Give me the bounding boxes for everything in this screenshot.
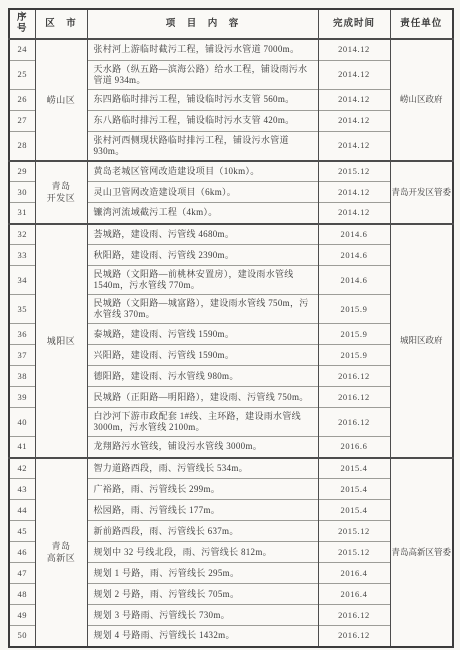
deadline-cell: 2015.9 bbox=[318, 324, 390, 345]
project-content-cell: 智力道路西段，雨、污管线长 534m。 bbox=[87, 458, 318, 479]
row-number-cell: 43 bbox=[9, 479, 35, 500]
row-number-cell: 25 bbox=[9, 60, 35, 89]
project-content-cell: 天水路（纵五路—滨海公路）给水工程，铺设雨污水管道 934m。 bbox=[87, 60, 318, 89]
row-number-cell: 48 bbox=[9, 584, 35, 605]
deadline-cell: 2014.6 bbox=[318, 245, 390, 266]
row-number-cell: 28 bbox=[9, 131, 35, 161]
project-content-cell: 民城路（正阳路—明阳路），建设雨、污管线 750m。 bbox=[87, 387, 318, 408]
deadline-cell: 2016.12 bbox=[318, 605, 390, 626]
project-schedule-table: 序号 区 市 项 目 内 容 完成时间 责任单位 24崂山区张村河上游临时截污工… bbox=[8, 8, 454, 648]
deadline-cell: 2016.6 bbox=[318, 437, 390, 458]
row-number-cell: 29 bbox=[9, 161, 35, 182]
deadline-cell: 2014.12 bbox=[318, 39, 390, 60]
table-header-row: 序号 区 市 项 目 内 容 完成时间 责任单位 bbox=[9, 9, 453, 39]
project-content-cell: 规划 2 号路，雨、污管线长 705m。 bbox=[87, 584, 318, 605]
header-serial-number: 序号 bbox=[9, 9, 35, 39]
deadline-cell: 2014.12 bbox=[318, 182, 390, 203]
table-row: 24崂山区张村河上游临时截污工程，铺设污水管道 7000m。2014.12崂山区… bbox=[9, 39, 453, 60]
row-number-cell: 47 bbox=[9, 563, 35, 584]
row-number-cell: 24 bbox=[9, 39, 35, 60]
project-content-cell: 秋阳路，建设雨、污管线 2390m。 bbox=[87, 245, 318, 266]
header-project-content: 项 目 内 容 bbox=[87, 9, 318, 39]
project-content-cell: 荟城路，建设雨、污管线 4680m。 bbox=[87, 224, 318, 245]
header-completion-time: 完成时间 bbox=[318, 9, 390, 39]
deadline-cell: 2015.4 bbox=[318, 458, 390, 479]
project-content-cell: 东四路临时排污工程，铺设临时污水支管 560m。 bbox=[87, 89, 318, 110]
row-number-cell: 27 bbox=[9, 110, 35, 131]
deadline-cell: 2014.12 bbox=[318, 60, 390, 89]
responsible-unit-cell: 青岛高新区管委 bbox=[390, 458, 453, 647]
project-content-cell: 德阳路，建设雨、污水管线 980m。 bbox=[87, 366, 318, 387]
deadline-cell: 2016.12 bbox=[318, 366, 390, 387]
project-content-cell: 民城路（文阳路—前桃林安置房），建设雨水管线 1540m，污水管线 770m。 bbox=[87, 266, 318, 295]
row-number-cell: 46 bbox=[9, 542, 35, 563]
project-content-cell: 规划 4 号路雨、污管线长 1432m。 bbox=[87, 626, 318, 647]
responsible-unit-cell: 青岛开发区管委 bbox=[390, 161, 453, 224]
project-content-cell: 龙翔路污水管线，铺设污水管线 3000m。 bbox=[87, 437, 318, 458]
row-number-cell: 49 bbox=[9, 605, 35, 626]
row-number-cell: 38 bbox=[9, 366, 35, 387]
deadline-cell: 2016.12 bbox=[318, 408, 390, 437]
row-number-cell: 41 bbox=[9, 437, 35, 458]
row-number-cell: 30 bbox=[9, 182, 35, 203]
deadline-cell: 2015.12 bbox=[318, 521, 390, 542]
project-content-cell: 民城路（文阳路—城富路），建设雨水管线 750m，污水管线 370m。 bbox=[87, 295, 318, 324]
deadline-cell: 2015.4 bbox=[318, 479, 390, 500]
deadline-cell: 2016.4 bbox=[318, 563, 390, 584]
row-number-cell: 36 bbox=[9, 324, 35, 345]
row-number-cell: 32 bbox=[9, 224, 35, 245]
table-row: 29青岛开发区黄岛老城区管网改造建设项目（10km）。2015.12青岛开发区管… bbox=[9, 161, 453, 182]
deadline-cell: 2015.9 bbox=[318, 345, 390, 366]
project-content-cell: 规划 3 号路雨、污管线长 730m。 bbox=[87, 605, 318, 626]
district-cell: 崂山区 bbox=[35, 39, 87, 161]
deadline-cell: 2016.12 bbox=[318, 387, 390, 408]
deadline-cell: 2016.4 bbox=[318, 584, 390, 605]
deadline-cell: 2014.6 bbox=[318, 266, 390, 295]
row-number-cell: 40 bbox=[9, 408, 35, 437]
row-number-cell: 45 bbox=[9, 521, 35, 542]
table-row: 32城阳区荟城路，建设雨、污管线 4680m。2014.6城阳区政府 bbox=[9, 224, 453, 245]
project-content-cell: 灵山卫管网改造建设项目（6km）。 bbox=[87, 182, 318, 203]
row-number-cell: 34 bbox=[9, 266, 35, 295]
deadline-cell: 2014.12 bbox=[318, 131, 390, 161]
project-content-cell: 规划中 32 号线北段，雨、污管线长 812m。 bbox=[87, 542, 318, 563]
project-content-cell: 白沙河下游市政配套 1#线、主环路，建设雨水管线 3000m，污水管线 2100… bbox=[87, 408, 318, 437]
responsible-unit-cell: 城阳区政府 bbox=[390, 224, 453, 458]
deadline-cell: 2015.4 bbox=[318, 500, 390, 521]
deadline-cell: 2014.12 bbox=[318, 203, 390, 224]
row-number-cell: 35 bbox=[9, 295, 35, 324]
district-cell: 城阳区 bbox=[35, 224, 87, 458]
row-number-cell: 39 bbox=[9, 387, 35, 408]
project-content-cell: 东八路临时排污工程，铺设临时污水支管 420m。 bbox=[87, 110, 318, 131]
project-content-cell: 张村河西侧现状路临时排污工程，铺设污水管道 930m。 bbox=[87, 131, 318, 161]
row-number-cell: 37 bbox=[9, 345, 35, 366]
table-row: 42青岛高新区智力道路西段，雨、污管线长 534m。2015.4青岛高新区管委 bbox=[9, 458, 453, 479]
deadline-cell: 2015.9 bbox=[318, 295, 390, 324]
deadline-cell: 2015.12 bbox=[318, 161, 390, 182]
scanned-document-page: { "table": { "headers": { "col_no_lines"… bbox=[0, 0, 460, 650]
project-content-cell: 兴阳路，建设雨、污管线 1590m。 bbox=[87, 345, 318, 366]
header-district: 区 市 bbox=[35, 9, 87, 39]
project-content-cell: 张村河上游临时截污工程，铺设污水管道 7000m。 bbox=[87, 39, 318, 60]
deadline-cell: 2014.12 bbox=[318, 110, 390, 131]
row-number-cell: 50 bbox=[9, 626, 35, 647]
district-cell: 青岛高新区 bbox=[35, 458, 87, 647]
row-number-cell: 31 bbox=[9, 203, 35, 224]
project-content-cell: 泰城路，建设雨、污管线 1590m。 bbox=[87, 324, 318, 345]
project-content-cell: 镰湾河流域截污工程（4km）。 bbox=[87, 203, 318, 224]
project-content-cell: 黄岛老城区管网改造建设项目（10km）。 bbox=[87, 161, 318, 182]
responsible-unit-cell: 崂山区政府 bbox=[390, 39, 453, 161]
row-number-cell: 42 bbox=[9, 458, 35, 479]
project-content-cell: 新前路西段，雨、污管线长 637m。 bbox=[87, 521, 318, 542]
row-number-cell: 26 bbox=[9, 89, 35, 110]
header-responsible-unit: 责任单位 bbox=[390, 9, 453, 39]
deadline-cell: 2014.12 bbox=[318, 89, 390, 110]
project-content-cell: 规划 1 号路，雨、污管线长 295m。 bbox=[87, 563, 318, 584]
deadline-cell: 2015.12 bbox=[318, 542, 390, 563]
project-content-cell: 松园路，雨、污管线长 177m。 bbox=[87, 500, 318, 521]
row-number-cell: 44 bbox=[9, 500, 35, 521]
table-body: 24崂山区张村河上游临时截污工程，铺设污水管道 7000m。2014.12崂山区… bbox=[9, 39, 453, 647]
district-cell: 青岛开发区 bbox=[35, 161, 87, 224]
deadline-cell: 2014.6 bbox=[318, 224, 390, 245]
project-content-cell: 广裕路，雨、污管线长 299m。 bbox=[87, 479, 318, 500]
row-number-cell: 33 bbox=[9, 245, 35, 266]
deadline-cell: 2016.12 bbox=[318, 626, 390, 647]
